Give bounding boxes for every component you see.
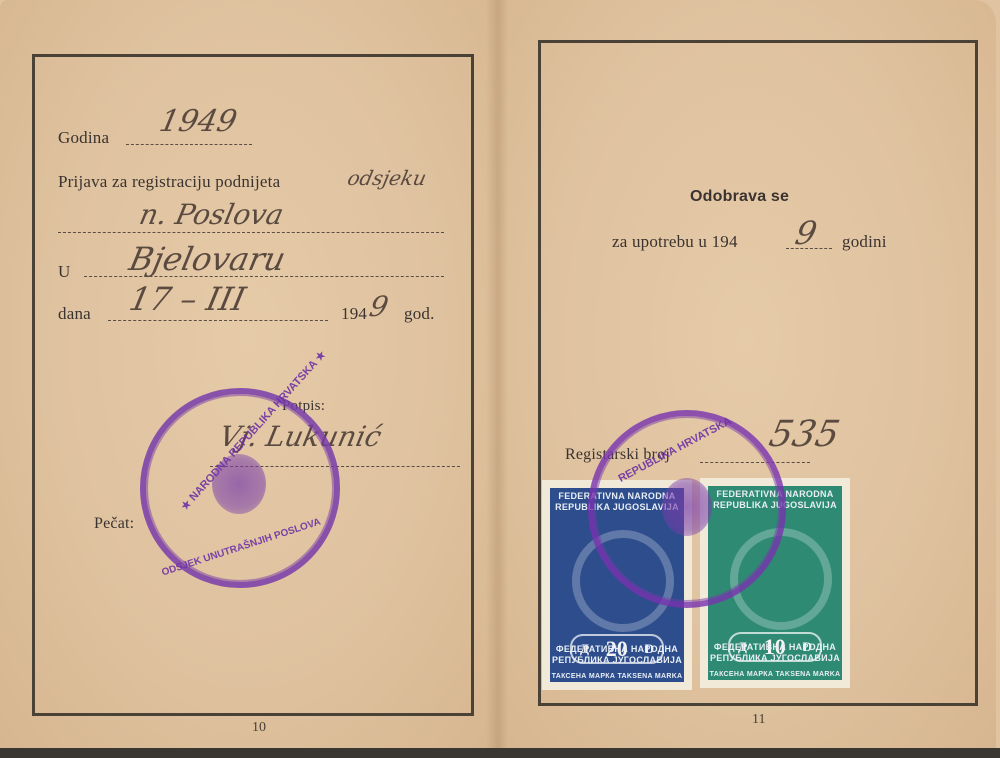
dana-label: dana <box>58 304 91 324</box>
scan-edge <box>0 748 1000 758</box>
stamp-tiny-text: ТАКСЕНА МАРКА TAKSENA MARKA <box>708 671 842 678</box>
odobrava-heading: Odobrava se <box>690 188 789 206</box>
stamp-bottom-line-1: ФЕДЕРАТИВНА НАРОДНА <box>708 642 842 653</box>
stamp-bottom-line-2: РЕПУБЛИКА ЈУГОСЛАВИЈА <box>550 655 684 666</box>
stamp-bottom-line-1: ФЕДЕРАТИВНА НАРОДНА <box>550 644 684 655</box>
official-stamp-right: REPUBLIKA HRVATSKA <box>588 410 786 608</box>
page-number-left: 10 <box>252 720 266 736</box>
official-stamp-left: ★ NARODNA REPUBLIKA HRVATSKA ★ ODSJEK UN… <box>140 388 340 588</box>
godina-label: Godina <box>58 128 109 148</box>
upotreba-suffix: godini <box>842 232 887 252</box>
stamp-tiny-text: ТАКСЕНА МАРКА TAKSENA MARKA <box>550 673 684 680</box>
godina-line <box>126 144 252 145</box>
u-label: U <box>58 262 70 282</box>
spine-fold <box>486 0 508 752</box>
pecat-label: Pečat: <box>94 515 134 533</box>
year-prefix: 194 <box>341 304 367 324</box>
prijava-label: Prijava za registraciju podnijeta <box>58 172 280 192</box>
stamp-bottom-text: ФЕДЕРАТИВНА НАРОДНА РЕПУБЛИКА ЈУГОСЛАВИЈ… <box>550 644 684 666</box>
stamp-bottom-line-2: РЕПУБЛИКА ЈУГОСЛАВИЈА <box>708 653 842 664</box>
booklet-spread: Godina 1949 Prijava za registraciju podn… <box>0 0 1000 758</box>
dana-line <box>108 320 328 321</box>
prijava-line <box>58 232 444 233</box>
stamp-outer-text: REPUBLIKA HRVATSKA <box>617 415 734 485</box>
registarski-value: 535 <box>766 414 843 455</box>
stamp-bottom-text: ODSJEK UNUTRAŠNJIH POSLOVA <box>160 517 322 579</box>
left-page-frame <box>32 54 474 716</box>
prijava-value-1: odsjeku <box>345 166 428 190</box>
stamp-bottom-text: ФЕДЕРАТИВНА НАРОДНА РЕПУБЛИКА ЈУГОСЛАВИЈ… <box>708 642 842 664</box>
dana-value: 17 – III <box>126 280 249 318</box>
coat-of-arms-emblem <box>662 478 712 536</box>
upotreba-prefix: za upotrebu u 194 <box>612 232 738 252</box>
u-value: Bjelovaru <box>126 240 289 278</box>
godina-value: 1949 <box>156 104 240 139</box>
page-number-right: 11 <box>752 712 765 728</box>
god-label: god. <box>404 304 435 324</box>
prijava-value-2: n. Poslova <box>136 198 286 231</box>
